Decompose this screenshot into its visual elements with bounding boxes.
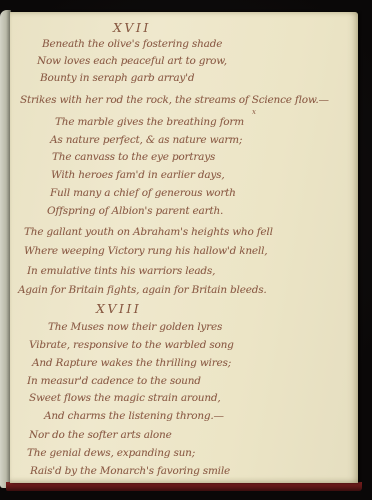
poem-line: Sweet flows the magic strain around, bbox=[29, 392, 221, 404]
poem-line: Vibrate, responsive to the warbled song bbox=[29, 339, 234, 351]
stanza-number-xviii: XVIII bbox=[96, 301, 141, 316]
poem-line: Full many a chief of generous worth bbox=[50, 187, 236, 199]
poem-line: Now loves each peaceful art to grow, bbox=[37, 55, 227, 67]
poem-line: The gallant youth on Abraham's heights w… bbox=[24, 226, 273, 238]
insertion-mark: x bbox=[252, 108, 256, 116]
poem-line: The Muses now their golden lyres bbox=[48, 321, 222, 333]
poem-line: And Rapture wakes the thrilling wires; bbox=[32, 357, 231, 369]
poem-line: The canvass to the eye portrays bbox=[52, 151, 215, 163]
poem-line: As nature perfect, & as nature warm; bbox=[50, 134, 242, 146]
poem-line: Bounty in seraph garb array'd bbox=[40, 72, 194, 84]
stanza-number-xvii: XVII bbox=[113, 20, 151, 35]
poem-line: Nor do the softer arts alone bbox=[29, 429, 172, 441]
poem-line: In emulative tints his warriors leads, bbox=[27, 265, 215, 277]
poem-line: And charms the listening throng.— bbox=[44, 410, 224, 422]
book-cover-edge bbox=[6, 482, 362, 491]
poem-line: Where weeping Victory rung his hallow'd … bbox=[24, 245, 267, 257]
poem-line: Rais'd by the Monarch's favoring smile bbox=[30, 465, 230, 477]
poem-line: The genial dews, expanding sun; bbox=[27, 447, 195, 459]
manuscript-page: XVII Beneath the olive's fostering shade… bbox=[10, 12, 358, 483]
poem-line: Again for Britain fights, again for Brit… bbox=[18, 284, 267, 296]
poem-line: Offspring of Albion's parent earth. bbox=[47, 205, 223, 217]
poem-line: Strikes with her rod the rock, the strea… bbox=[20, 94, 329, 106]
poem-line: With heroes fam'd in earlier days, bbox=[51, 169, 225, 181]
poem-line: The marble gives the breathing form bbox=[55, 116, 244, 128]
poem-line: In measur'd cadence to the sound bbox=[27, 375, 201, 387]
poem-line: Beneath the olive's fostering shade bbox=[42, 38, 222, 50]
